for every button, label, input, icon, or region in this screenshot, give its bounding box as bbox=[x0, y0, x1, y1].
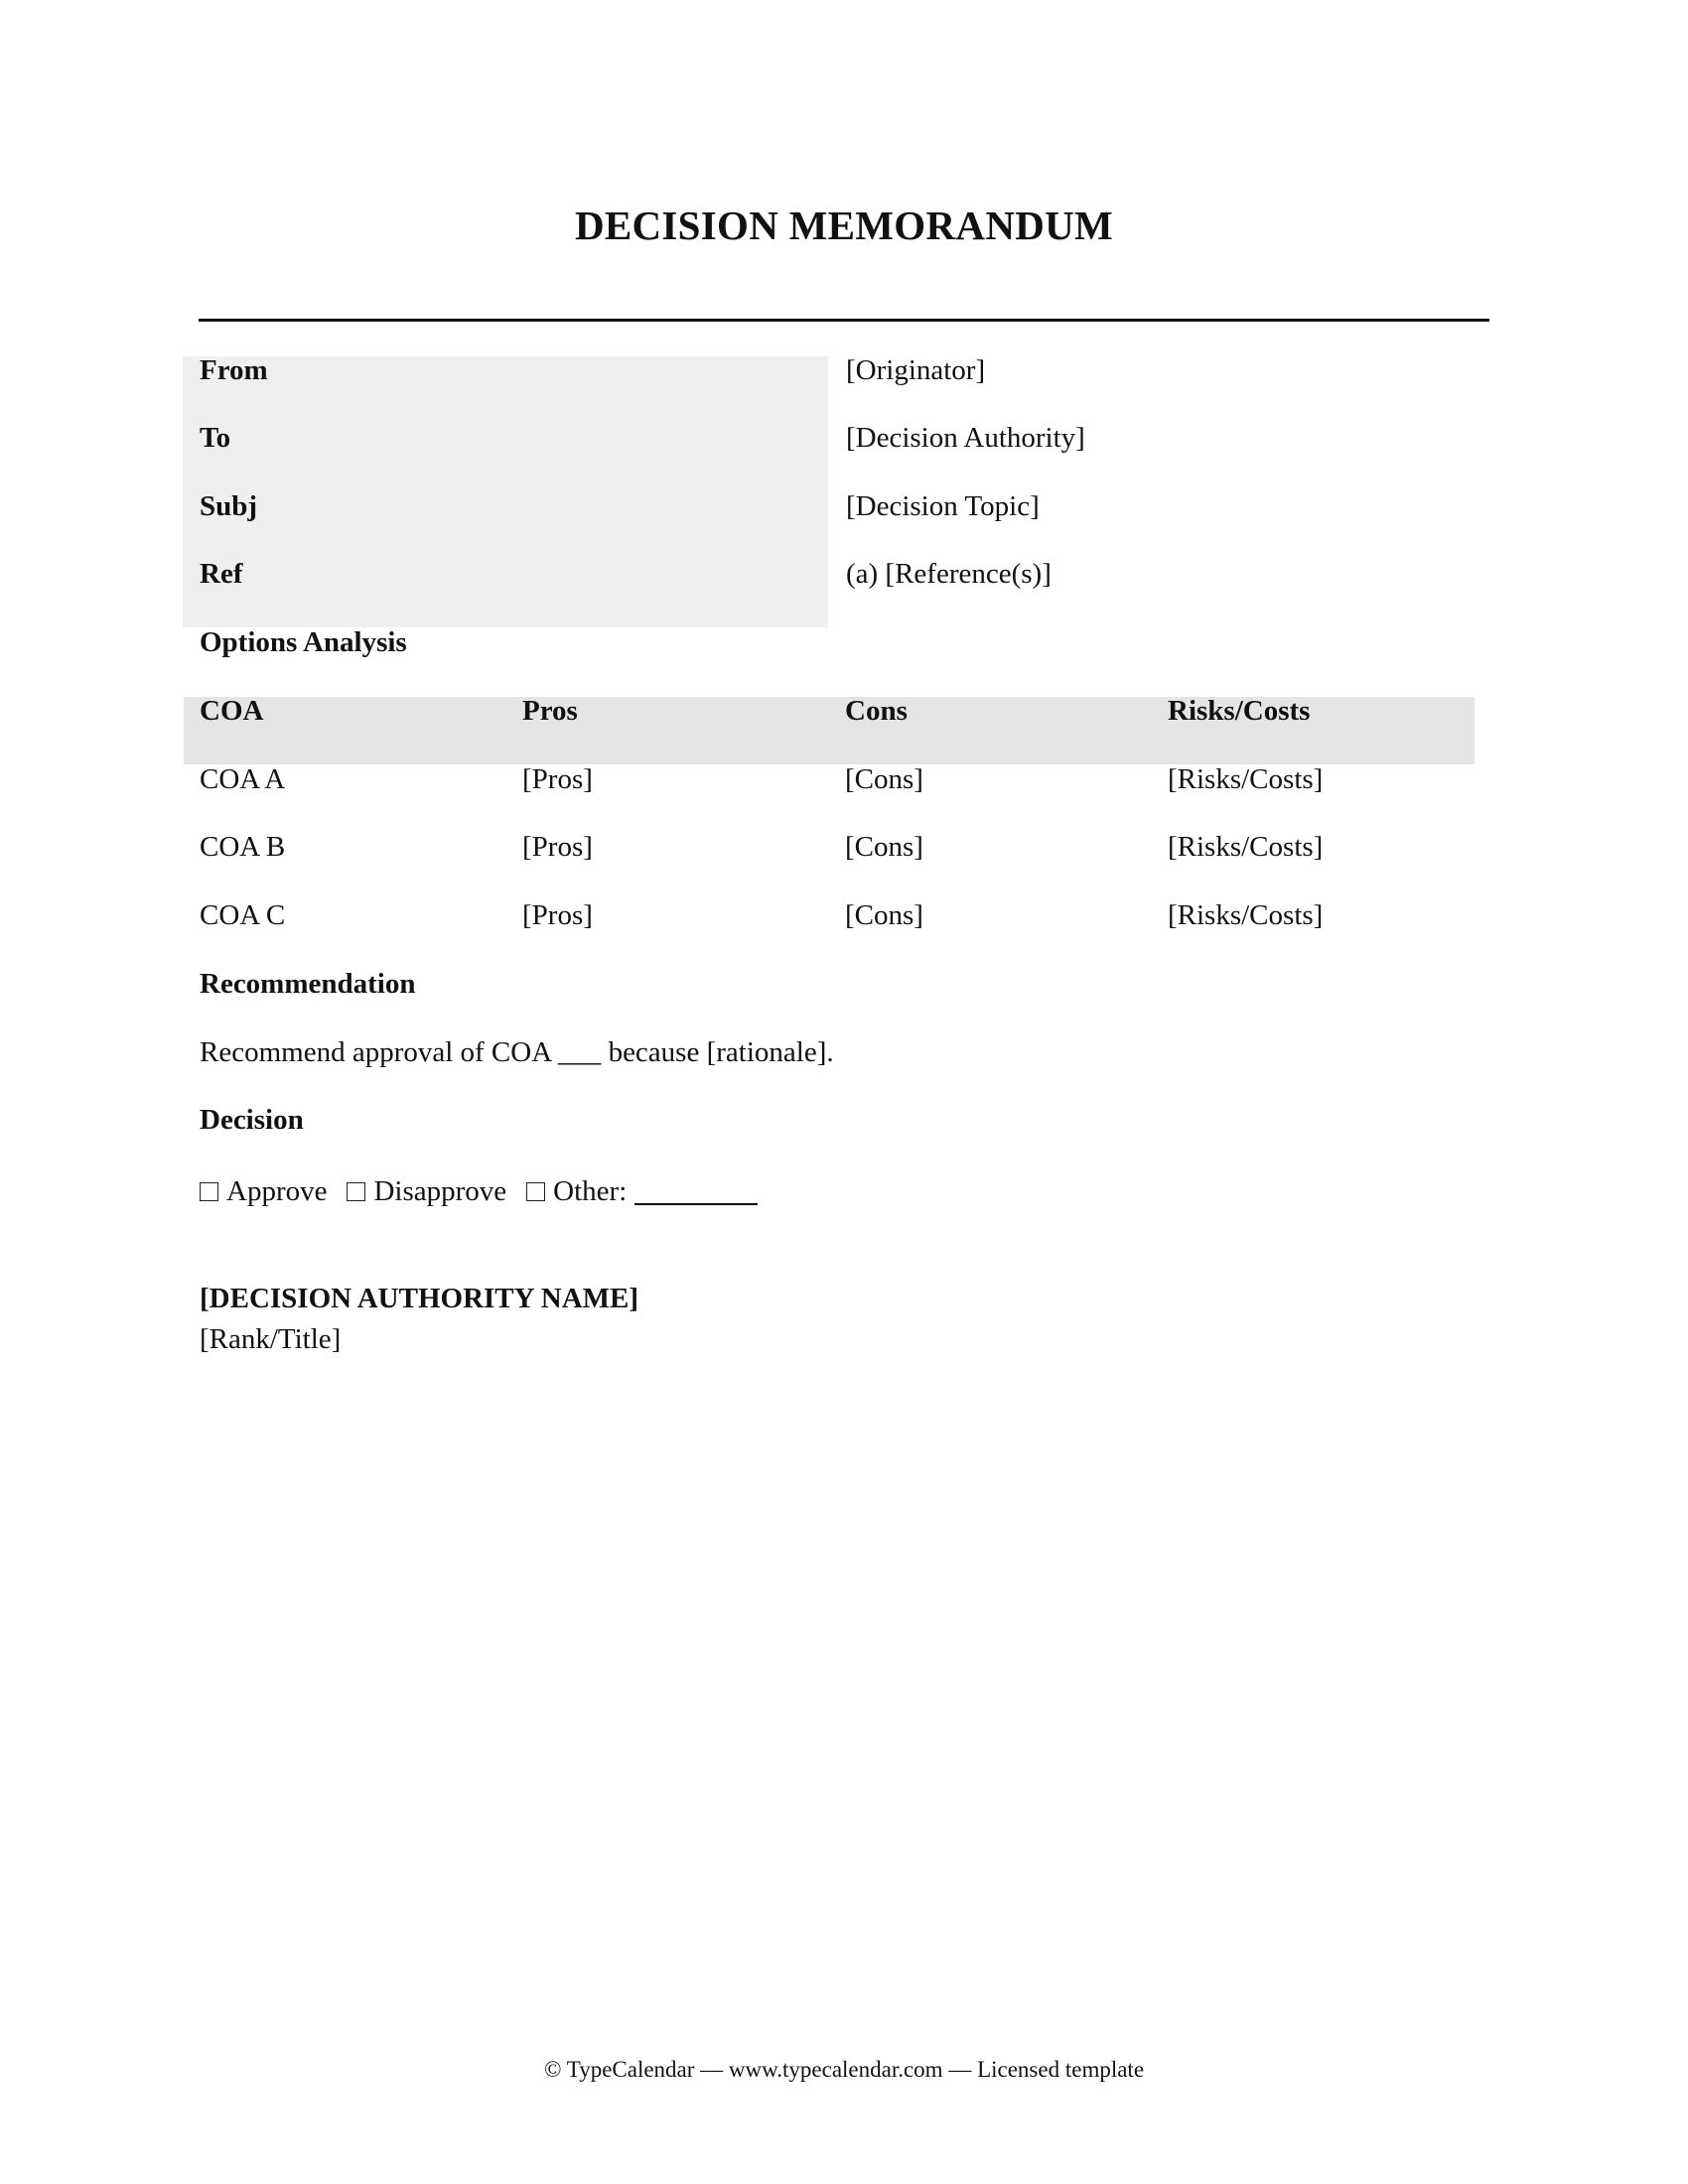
risks-costs-cell[interactable]: [Risks/Costs] bbox=[1168, 763, 1323, 796]
column-header-coa: COA bbox=[200, 695, 263, 728]
options-analysis-heading: Options Analysis bbox=[200, 626, 407, 659]
risks-costs-cell[interactable]: [Risks/Costs] bbox=[1168, 899, 1323, 932]
recommendation-heading: Recommendation bbox=[200, 968, 415, 1001]
subj-label: Subj bbox=[200, 490, 257, 523]
column-header-cons: Cons bbox=[845, 695, 908, 728]
title-divider bbox=[199, 319, 1489, 322]
approve-label: Approve bbox=[226, 1175, 327, 1208]
coa-cell[interactable]: COA A bbox=[200, 763, 285, 796]
pros-cell[interactable]: [Pros] bbox=[522, 763, 593, 796]
column-header-risks-costs: Risks/Costs bbox=[1168, 695, 1310, 728]
disapprove-checkbox[interactable]: Disapprove bbox=[347, 1175, 506, 1208]
header-fields-label-background bbox=[183, 356, 828, 627]
other-blank-field[interactable] bbox=[634, 1179, 758, 1205]
risks-costs-cell[interactable]: [Risks/Costs] bbox=[1168, 831, 1323, 864]
coa-cell[interactable]: COA C bbox=[200, 899, 285, 932]
signature-name: [DECISION AUTHORITY NAME] bbox=[200, 1283, 638, 1315]
decision-heading: Decision bbox=[200, 1104, 304, 1137]
ref-label: Ref bbox=[200, 558, 242, 591]
from-value[interactable]: [Originator] bbox=[846, 354, 985, 387]
ref-value[interactable]: (a) [Reference(s)] bbox=[846, 558, 1052, 591]
other-label: Other: bbox=[553, 1175, 627, 1208]
signature-title: [Rank/Title] bbox=[200, 1323, 341, 1356]
subj-value[interactable]: [Decision Topic] bbox=[846, 490, 1040, 523]
footer-copyright: © TypeCalendar — www.typecalendar.com — … bbox=[0, 2057, 1688, 2083]
document-title: DECISION MEMORANDUM bbox=[0, 202, 1688, 249]
approve-checkbox[interactable]: Approve bbox=[200, 1175, 327, 1208]
recommendation-text[interactable]: Recommend approval of COA ___ because [r… bbox=[200, 1036, 834, 1069]
cons-cell[interactable]: [Cons] bbox=[845, 831, 923, 864]
decision-options: Approve Disapprove Other: bbox=[200, 1175, 777, 1208]
cons-cell[interactable]: [Cons] bbox=[845, 763, 923, 796]
to-label: To bbox=[200, 422, 230, 455]
checkbox-icon bbox=[347, 1182, 365, 1201]
disapprove-label: Disapprove bbox=[373, 1175, 506, 1208]
pros-cell[interactable]: [Pros] bbox=[522, 831, 593, 864]
other-checkbox[interactable]: Other: bbox=[526, 1175, 758, 1208]
pros-cell[interactable]: [Pros] bbox=[522, 899, 593, 932]
checkbox-icon bbox=[200, 1182, 218, 1201]
from-label: From bbox=[200, 354, 268, 387]
coa-cell[interactable]: COA B bbox=[200, 831, 285, 864]
checkbox-icon bbox=[526, 1182, 545, 1201]
to-value[interactable]: [Decision Authority] bbox=[846, 422, 1085, 455]
column-header-pros: Pros bbox=[522, 695, 578, 728]
cons-cell[interactable]: [Cons] bbox=[845, 899, 923, 932]
